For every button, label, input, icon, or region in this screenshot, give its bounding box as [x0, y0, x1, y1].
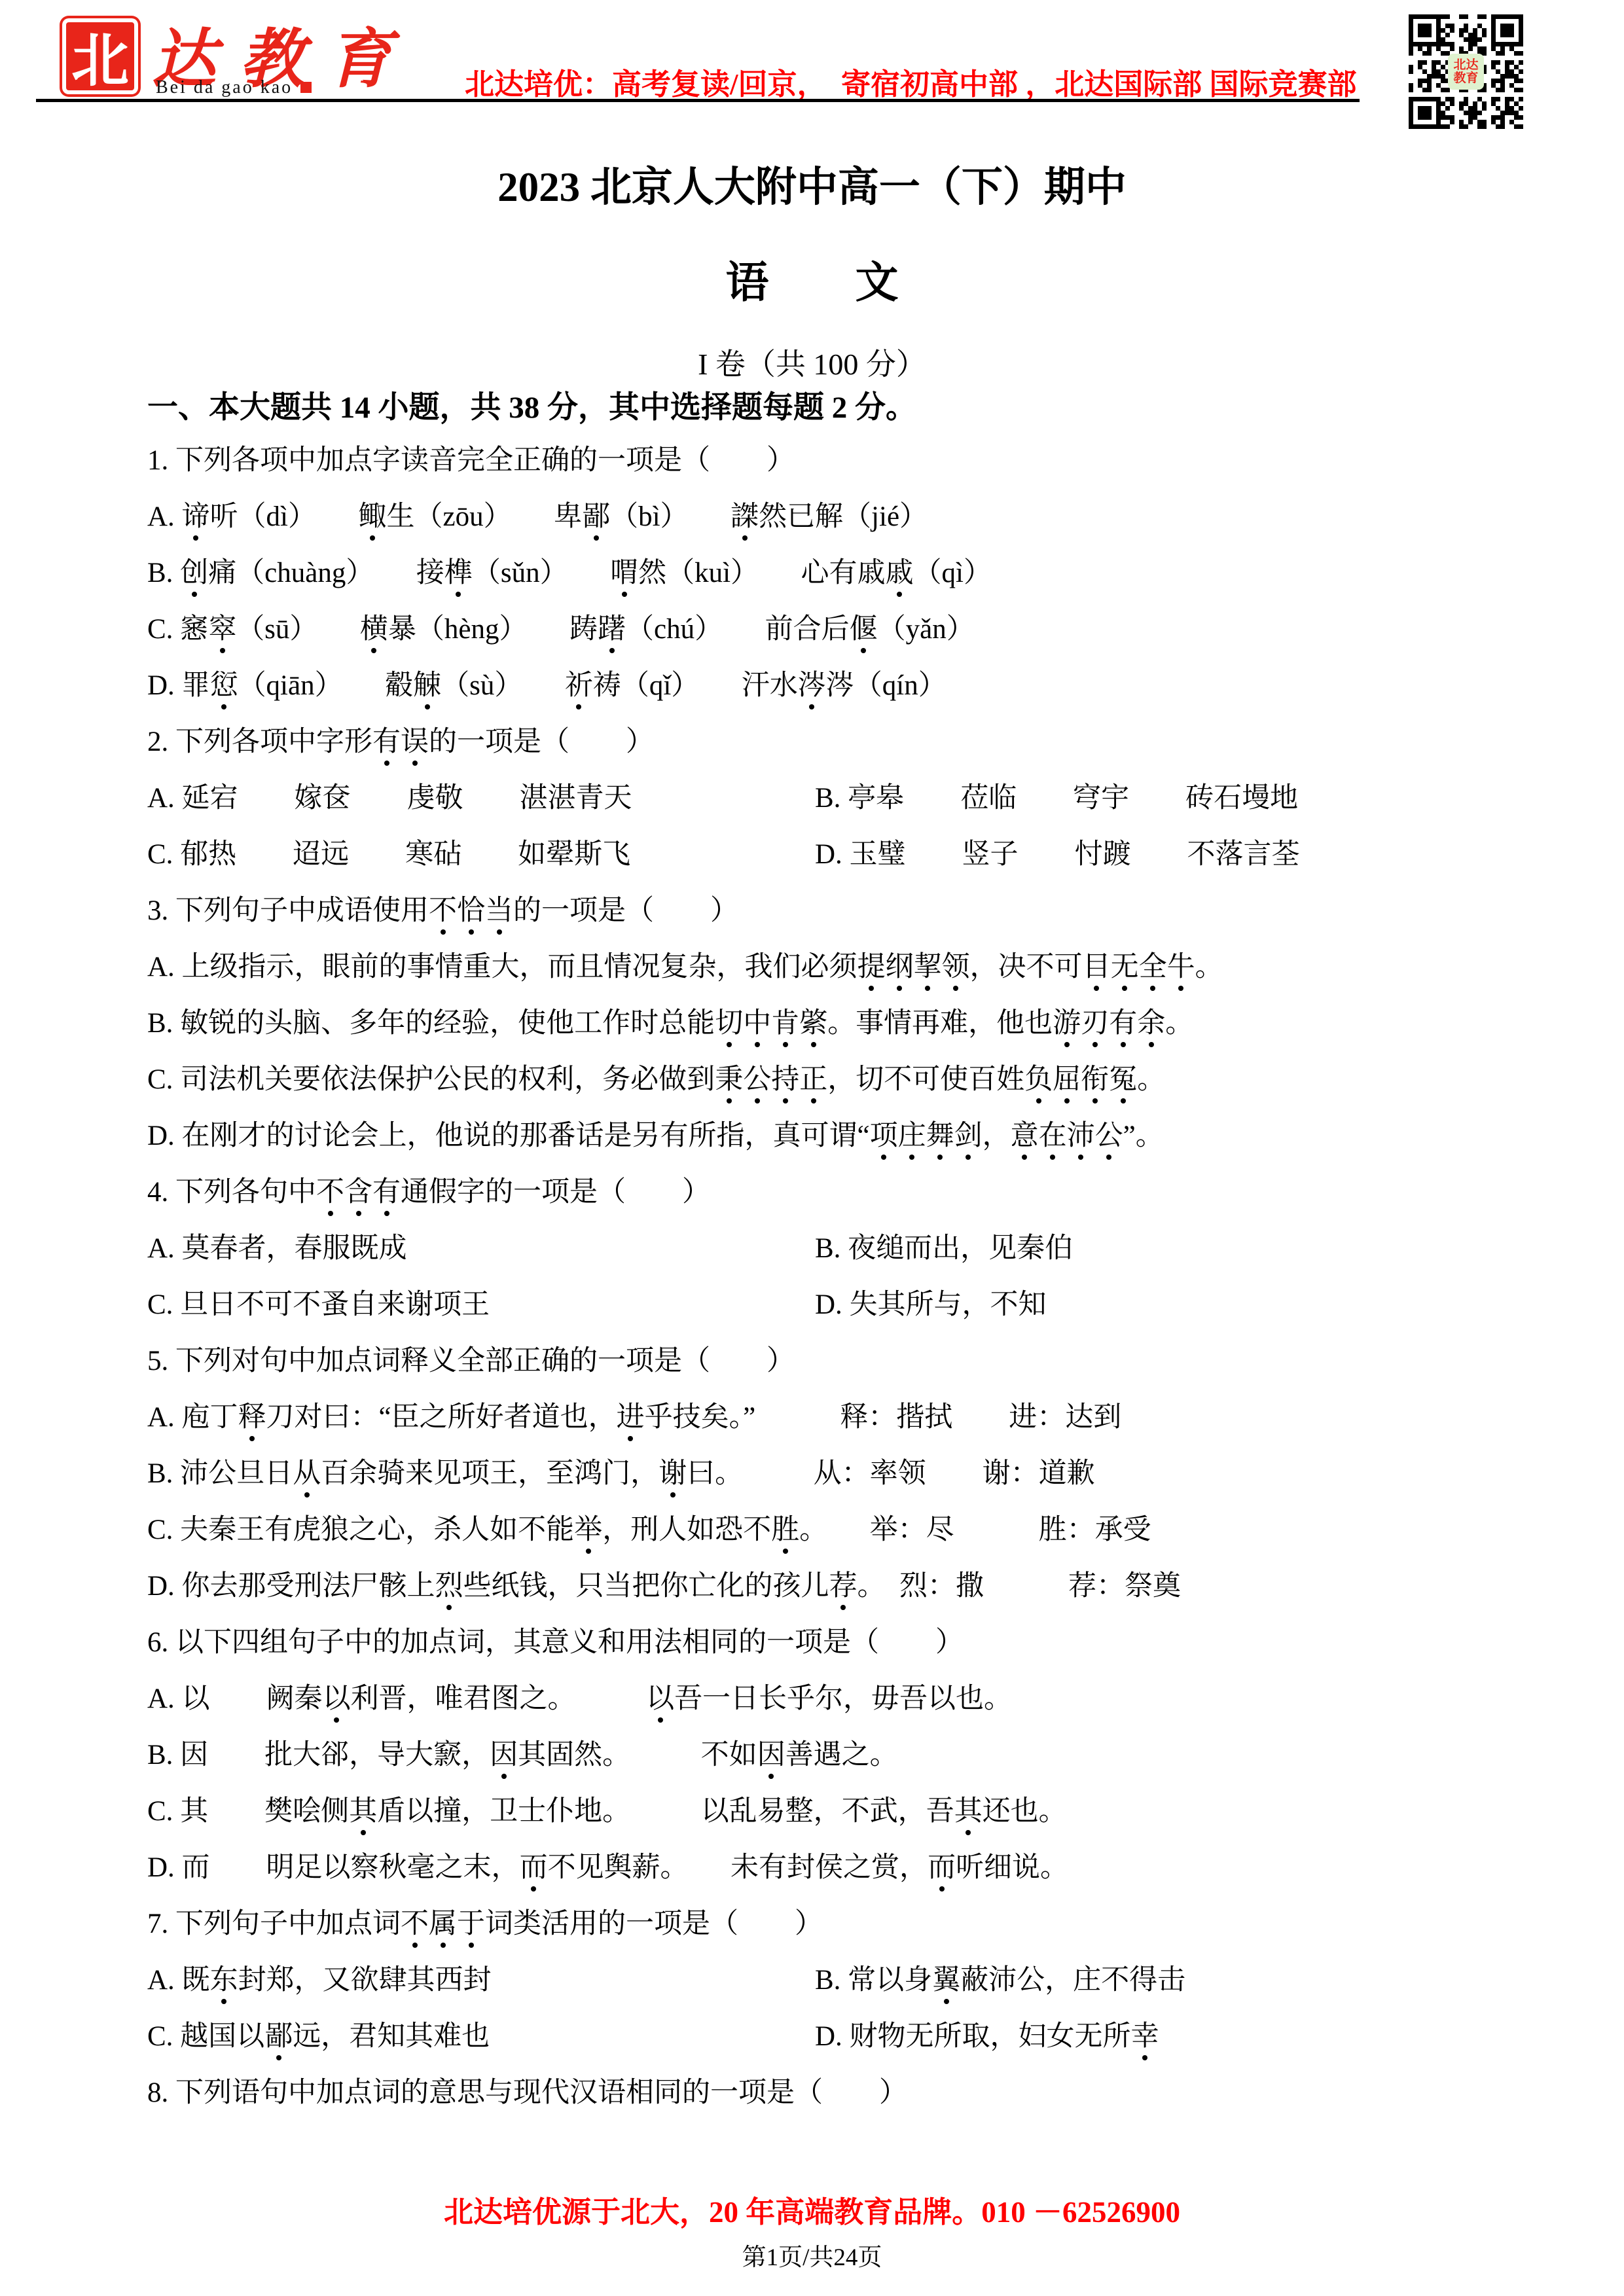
emphasis-dot-char: 鲰 — [359, 494, 387, 534]
emphasis-dot-char: 恰 — [457, 888, 485, 928]
emphasis-dot-char: 东 — [210, 1958, 238, 1998]
q5-stem: 5. 下列对句中加点词释义全部正确的一项是（ ） — [147, 1333, 1477, 1390]
qr-center-label: 北达 教育 — [1448, 54, 1484, 90]
emphasis-dot-char: 其 — [349, 1789, 377, 1829]
question-lines: 1. 下列各项中加点字读音完全正确的一项是（ ）A. 谛听（dì） 鲰生（zōu… — [147, 433, 1477, 2121]
emphasis-dot-char: 不 — [401, 1901, 429, 1941]
emphasis-dot-char: 謋 — [731, 494, 759, 534]
section-heading: 一、本大题共 14 小题，共 38 分，其中选择题每题 2 分。 — [147, 393, 1477, 423]
exam-title: 2023 北京人大附中高一（下）期中 — [147, 154, 1477, 208]
q1-stem: 1. 下列各项中加点字读音完全正确的一项是（ ） — [147, 433, 1477, 489]
q3-option-b: B. 敏锐的头脑、多年的经验，使他工作时总能切中肯綮。事情再难，他也游刃有余。 — [147, 996, 1477, 1052]
emphasis-dot-char: 余 — [1137, 1001, 1165, 1041]
emphasis-dot-char: 目 — [1083, 944, 1111, 984]
emphasis-dot-char: 意 — [1011, 1113, 1039, 1153]
q5-option-b: B. 沛公旦日从百余骑来见项王，至鸿门，谢曰。 从：率领 谢：道歉 — [147, 1446, 1477, 1502]
q1-option-b: B. 创痛（chuàng） 接榫（sǔn） 喟然（kuì） 心有戚戚（qì） — [147, 545, 1477, 601]
emphasis-dot-char: 含 — [344, 1170, 372, 1210]
emphasis-dot-char: 以 — [646, 1676, 674, 1716]
emphasis-dot-char: 挈 — [914, 944, 942, 984]
emphasis-dot-char: 在 — [1039, 1113, 1067, 1153]
exam-page: 北 达教育 Bei da gao kao 北达培优：高考复读/回京， 寄宿初高中… — [0, 0, 1624, 2296]
document-body: 2023 北京人大附中高一（下）期中 语 文 I 卷（共 100 分） 一、本大… — [147, 154, 1477, 2121]
emphasis-dot-char: 剑 — [954, 1113, 983, 1153]
q6-option-b: B. 因 批大郤，导大窾，因其固然。 不如因善遇之。 — [147, 1727, 1477, 1784]
emphasis-dot-char: 沛 — [1067, 1113, 1095, 1153]
emphasis-dot-char: 秉 — [715, 1057, 743, 1097]
header-divider — [36, 99, 1360, 102]
emphasis-dot-char: 喟 — [610, 550, 638, 590]
q4-row-ab: A. 莫春者，春服既成B. 夜缒而出，见秦伯 — [147, 1221, 1477, 1277]
emphasis-dot-char: 当 — [485, 888, 513, 928]
emphasis-dot-char: 牛 — [1167, 944, 1195, 984]
logo-subtitle-text: Bei da gao kao — [156, 77, 293, 98]
emphasis-dot-char: 进 — [617, 1395, 645, 1435]
emphasis-dot-char: 愆 — [210, 663, 238, 703]
emphasis-dot-char: 窣 — [208, 607, 236, 647]
emphasis-dot-char: 幸 — [1131, 2014, 1159, 2054]
emphasis-dot-char: 庄 — [898, 1113, 926, 1153]
q2-row-ab: A. 延宕 嫁奁 虔敬 湛湛青天B. 亭皋 莅临 穹宇 砖石墁地 — [147, 770, 1477, 827]
emphasis-dot-char: 公 — [1095, 1113, 1123, 1153]
qr-label-line2: 教育 — [1453, 72, 1478, 85]
q2-row-cd: C. 郁热 迢远 寒砧 如翚斯飞D. 玉璧 竖子 忖踱 不落言荃 — [147, 827, 1477, 883]
emphasis-dot-char: 綮 — [799, 1001, 827, 1041]
emphasis-dot-char: 提 — [857, 944, 886, 984]
emphasis-dot-char: 舞 — [926, 1113, 954, 1153]
q3-option-a: A. 上级指示，眼前的事情重大，而且情况复杂，我们必须提纲挈领，决不可目无全牛。 — [147, 939, 1477, 996]
emphasis-dot-char: 正 — [799, 1057, 827, 1097]
emphasis-dot-char: 无 — [1111, 944, 1139, 984]
emphasis-dot-char: 鄙 — [582, 494, 610, 534]
q6-option-d: D. 而 明足以察秋毫之末，而不见舆薪。 未有封侯之赏，而听细说。 — [147, 1840, 1477, 1896]
emphasis-dot-char: 游 — [1053, 1001, 1081, 1041]
emphasis-dot-char: 涔 — [798, 663, 826, 703]
emphasis-dot-char: 创 — [180, 550, 208, 590]
q1-option-c: C. 窸窣（sū） 横暴（hèng） 踌躇（chú） 前合后偃（yǎn） — [147, 601, 1477, 658]
emphasis-dot-char: 戚 — [886, 550, 914, 590]
emphasis-dot-char: 荐 — [829, 1564, 857, 1604]
q8-stem: 8. 下列语句中加点词的意思与现代汉语相同的一项是（ ） — [147, 2065, 1477, 2121]
q4-row-cd: C. 旦日不可不蚤自来谢项王D. 失其所与，不知 — [147, 1277, 1477, 1333]
emphasis-dot-char: 以 — [323, 1676, 351, 1716]
emphasis-dot-char: 谛 — [182, 494, 210, 534]
emphasis-dot-char: 从 — [293, 1451, 321, 1491]
q7-stem: 7. 下列句子中加点词不属于词类活用的一项是（ ） — [147, 1896, 1477, 1952]
emphasis-dot-char: 而 — [520, 1845, 548, 1885]
q6-option-a: A. 以 阙秦以利晋，唯君图之。 以吾一日长乎尔，毋吾以也。 — [147, 1671, 1477, 1727]
emphasis-dot-char: 释 — [238, 1395, 266, 1435]
emphasis-dot-char: 衔 — [1081, 1057, 1109, 1097]
q6-option-c: C. 其 樊哙侧其盾以撞，卫士仆地。 以乱易整，不武，吾其还也。 — [147, 1784, 1477, 1840]
emphasis-dot-char: 冤 — [1109, 1057, 1137, 1097]
emphasis-dot-char: 有 — [372, 1170, 401, 1210]
footer-promo: 北达培优源于北大，20 年高端教育品牌。010 －62526900 — [0, 2194, 1624, 2231]
emphasis-dot-char: 因 — [490, 1732, 518, 1772]
emphasis-dot-char: 纲 — [886, 944, 914, 984]
emphasis-dot-char: 屈 — [1053, 1057, 1081, 1097]
q7-row-cd: C. 越国以鄙远，君知其难也D. 财物无所取，妇女无所幸 — [147, 2009, 1477, 2065]
subject-title: 语 文 — [147, 262, 1477, 305]
emphasis-dot-char: 胜 — [771, 1507, 799, 1547]
emphasis-dot-char: 不 — [429, 888, 457, 928]
emphasis-dot-char: 持 — [771, 1057, 799, 1097]
header-slogan: 北达培优：高考复读/回京， 寄宿初高中部 ，北达国际部 国际竞赛部 — [465, 60, 1357, 103]
emphasis-dot-char: 不 — [316, 1170, 344, 1210]
emphasis-dot-char: 躇 — [598, 607, 626, 647]
emphasis-dot-char: 偃 — [850, 607, 878, 647]
paper-heading: I 卷（共 100 分） — [147, 350, 1477, 380]
q1-option-d: D. 罪愆（qiān） 觳觫（sù） 祈祷（qǐ） 汗水涔涔（qín） — [147, 658, 1477, 714]
q5-option-c: C. 夫秦王有虎狼之心，杀人如不能举，刑人如恐不胜。 举：尽 胜：承受 — [147, 1502, 1477, 1558]
emphasis-dot-char: 榫 — [444, 550, 473, 590]
emphasis-dot-char: 于 — [457, 1901, 485, 1941]
emphasis-dot-char: 有 — [372, 719, 401, 759]
emphasis-dot-char: 因 — [757, 1732, 785, 1772]
logo-seal: 北 — [62, 18, 138, 94]
q5-option-d: D. 你去那受刑法尸骸上烈些纸钱，只当把你亡化的孩儿荐。 烈：撒 荐：祭奠 — [147, 1558, 1477, 1615]
emphasis-dot-char: 举 — [574, 1507, 602, 1547]
emphasis-dot-char: 谢 — [659, 1451, 687, 1491]
emphasis-dot-char: 负 — [1024, 1057, 1053, 1097]
q4-stem: 4. 下列各句中不含有通假字的一项是（ ） — [147, 1164, 1477, 1221]
emphasis-dot-char: 项 — [870, 1113, 898, 1153]
q6-stem: 6. 以下四组句子中的加点词，其意义和用法相同的一项是（ ） — [147, 1615, 1477, 1671]
q2-stem: 2. 下列各项中字形有误的一项是（ ） — [147, 714, 1477, 770]
q5-option-a: A. 庖丁释刀对曰：“臣之所好者道也，进乎技矣。” 释：揩拭 进：达到 — [147, 1390, 1477, 1446]
q3-stem: 3. 下列句子中成语使用不恰当的一项是（ ） — [147, 883, 1477, 939]
q3-option-c: C. 司法机关要依法保护公民的权利，务必做到秉公持正，切不可使百姓负屈衔冤。 — [147, 1052, 1477, 1108]
emphasis-dot-char: 烈 — [435, 1564, 463, 1604]
qr-code-icon: 北达 教育 — [1409, 14, 1523, 129]
emphasis-dot-char: 属 — [429, 1901, 457, 1941]
emphasis-dot-char: 祈 — [565, 663, 593, 703]
emphasis-dot-char: 刃 — [1081, 1001, 1109, 1041]
emphasis-dot-char: 横 — [360, 607, 388, 647]
logo-seal-char: 北 — [71, 15, 129, 98]
emphasis-dot-char: 公 — [743, 1057, 771, 1097]
emphasis-dot-char: 觫 — [413, 663, 441, 703]
emphasis-dot-char: 误 — [401, 719, 429, 759]
qr-label-line1: 北达 — [1453, 59, 1478, 72]
footer-page-number: 第1页/共24页 — [0, 2244, 1624, 2272]
emphasis-dot-char: 全 — [1139, 944, 1167, 984]
emphasis-dot-char: 其 — [954, 1789, 983, 1829]
q7-row-ab: A. 既东封郑，又欲肆其西封B. 常以身翼蔽沛公，庄不得击 — [147, 1952, 1477, 2009]
q3-option-d: D. 在刚才的讨论会上，他说的那番话是另有所指，真可谓“项庄舞剑，意在沛公”。 — [147, 1108, 1477, 1164]
emphasis-dot-char: 肯 — [771, 1001, 799, 1041]
emphasis-dot-char: 领 — [942, 944, 970, 984]
emphasis-dot-char: 而 — [928, 1845, 956, 1885]
emphasis-dot-char: 鄙 — [264, 2014, 293, 2054]
emphasis-dot-char: 切 — [715, 1001, 743, 1041]
q1-option-a: A. 谛听（dì） 鲰生（zōu） 卑鄙（bì） 謋然已解（jié） — [147, 489, 1477, 545]
emphasis-dot-char: 有 — [1109, 1001, 1137, 1041]
emphasis-dot-char: 翼 — [932, 1958, 960, 1998]
emphasis-dot-char: 中 — [743, 1001, 771, 1041]
logo-red-square-icon — [300, 82, 312, 93]
logo-subtitle: Bei da gao kao — [156, 77, 312, 98]
